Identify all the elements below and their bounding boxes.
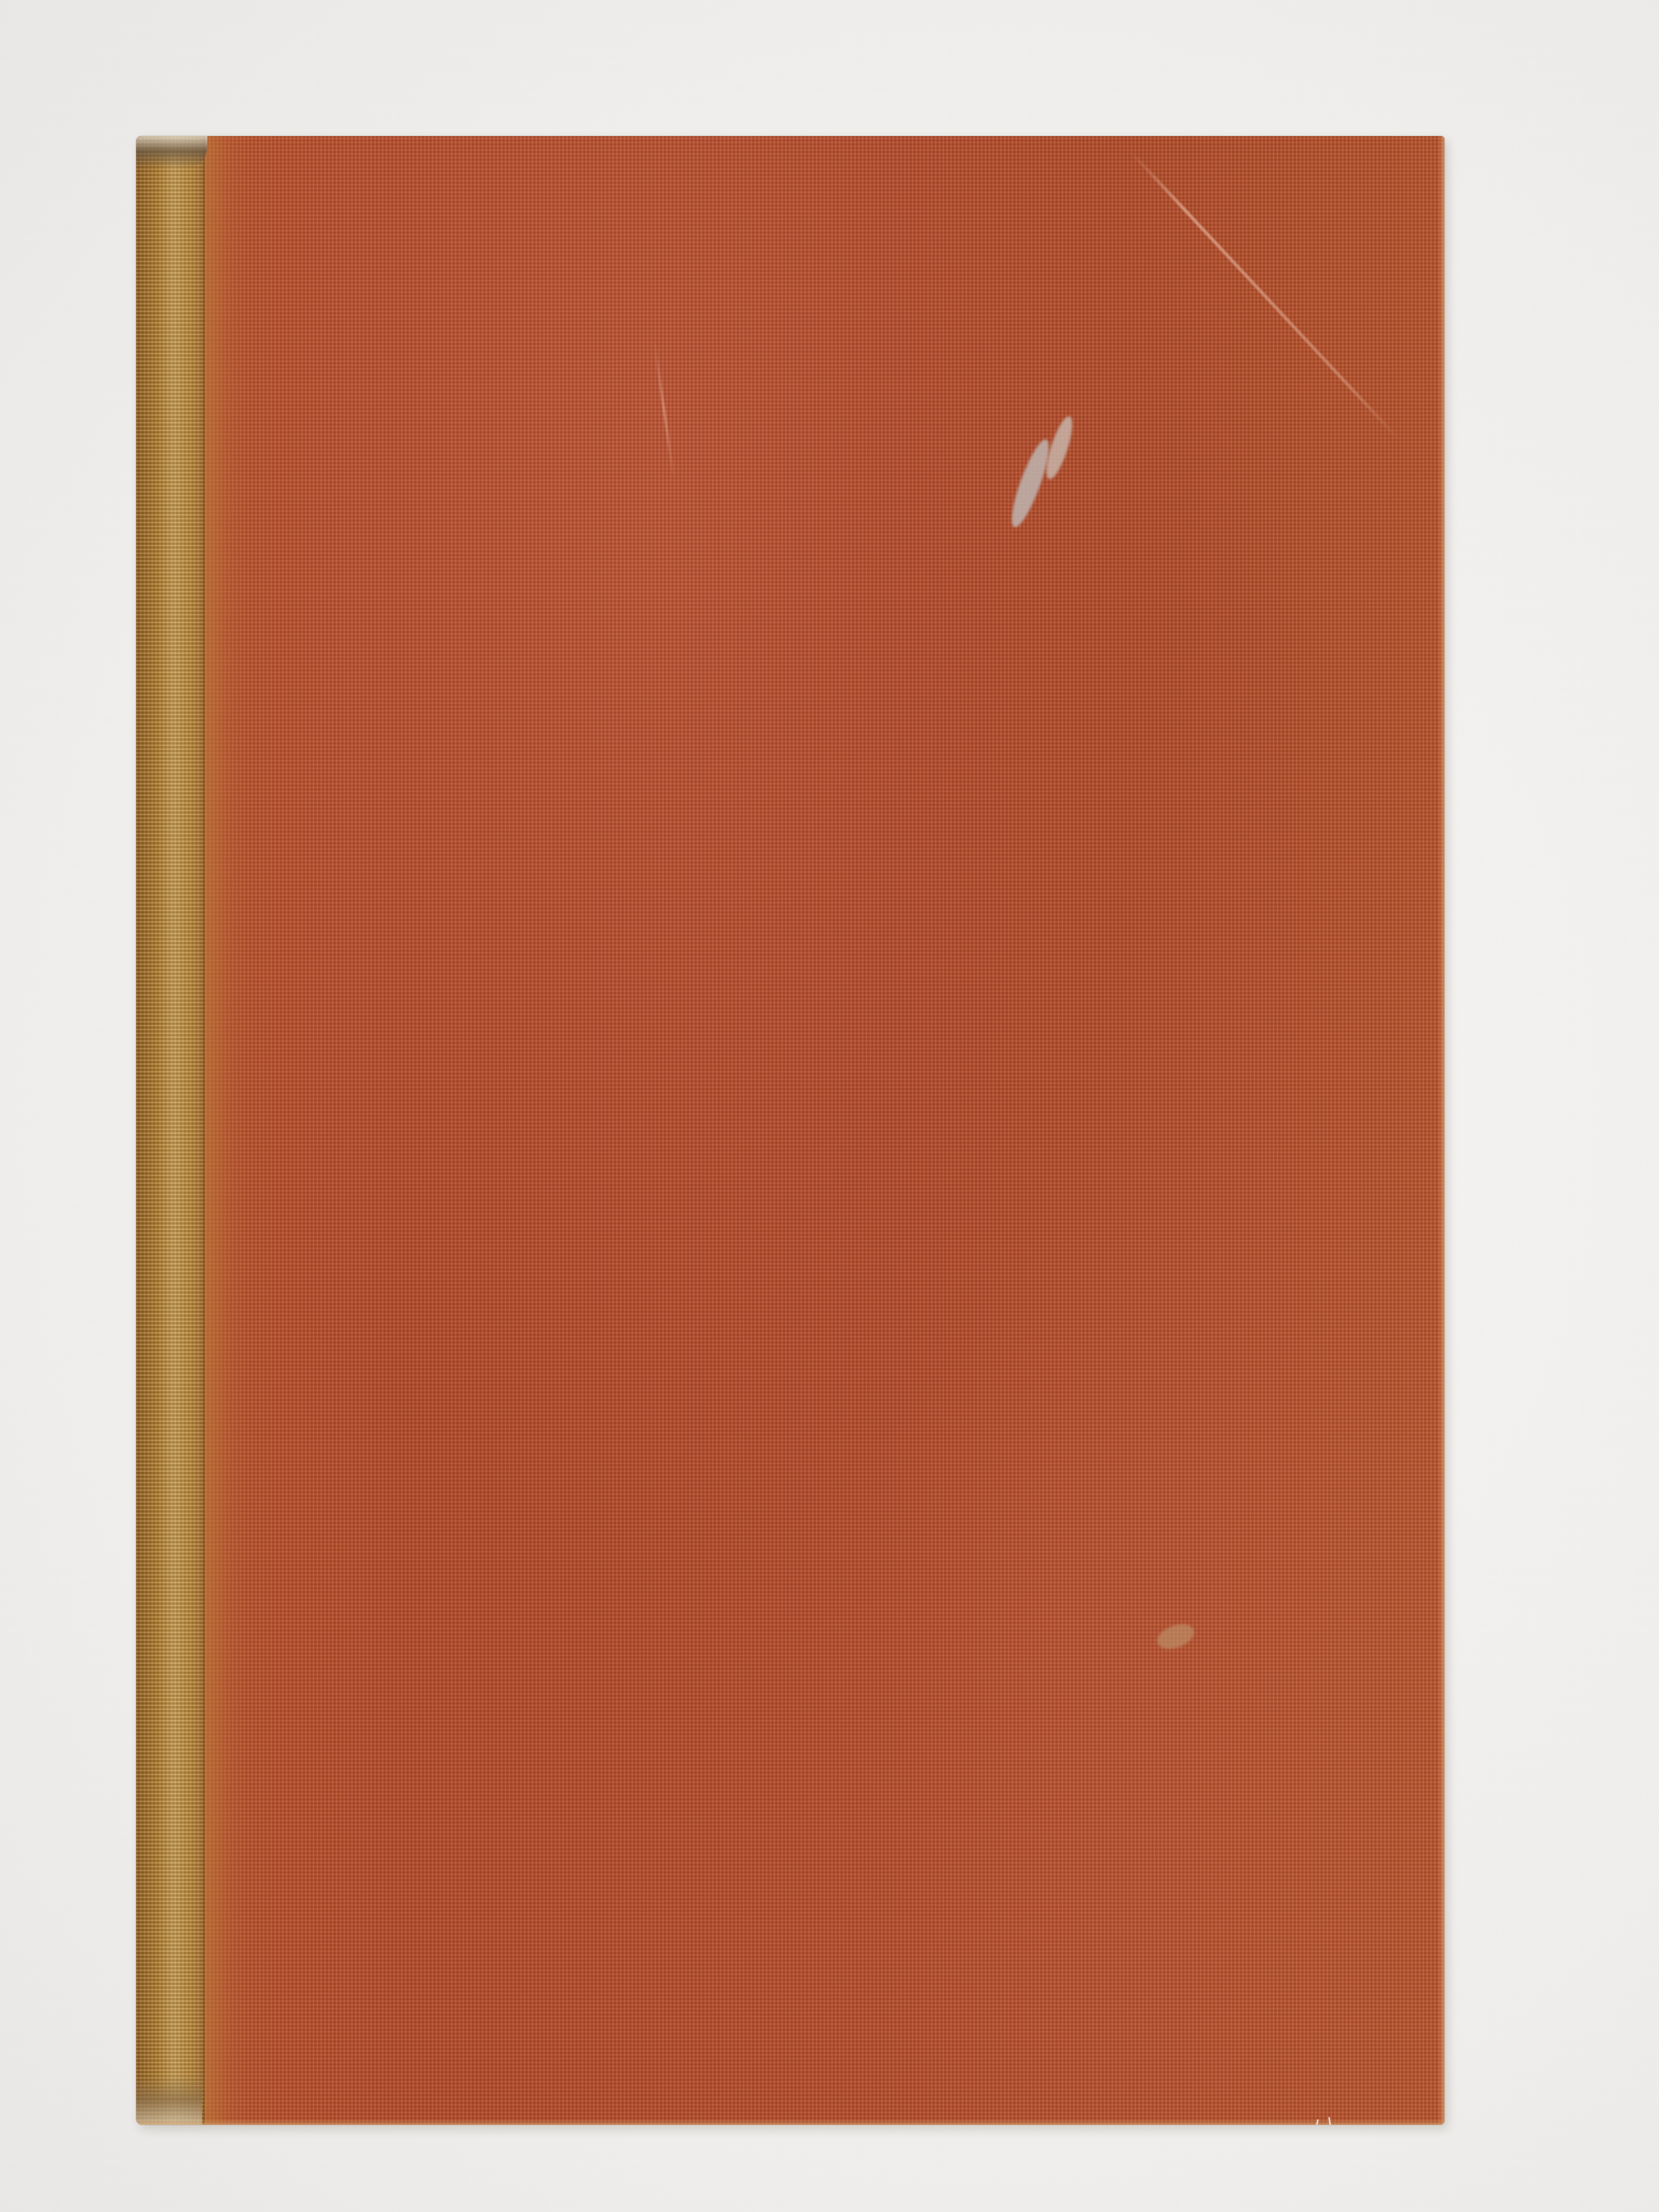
book-front-cover bbox=[136, 136, 1444, 2125]
scene-description: Cloth-bound hardcover book, front cover bbox=[0, 0, 1, 1]
book bbox=[136, 136, 1444, 2125]
spine-hinge bbox=[205, 136, 249, 2125]
photo-scene: Cloth-bound hardcover book, front cover bbox=[0, 0, 1659, 2212]
spine-head-wear bbox=[136, 136, 207, 169]
cover-bottom-edge bbox=[136, 2119, 1444, 2125]
spine-tail-wear bbox=[136, 2075, 202, 2125]
book-spine bbox=[136, 136, 205, 2125]
cover-right-edge bbox=[1438, 136, 1444, 2125]
